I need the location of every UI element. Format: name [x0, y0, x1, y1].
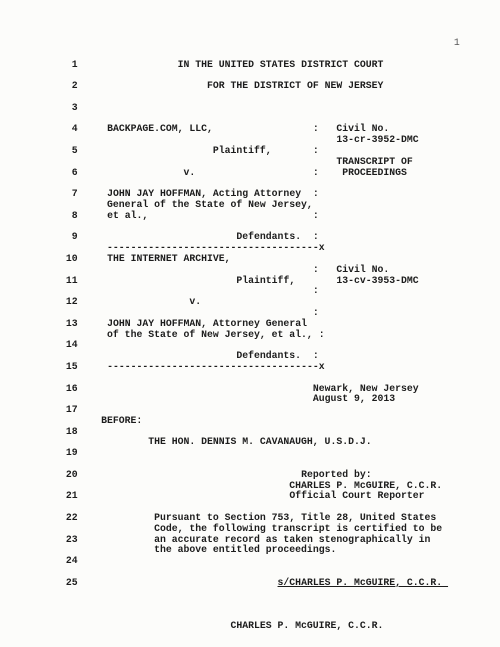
- text-segment: CHARLES P. McGUIRE, C.C.R.: [289, 480, 442, 491]
- line-number: 6: [72, 167, 78, 178]
- text-segment: JOHN JAY HOFFMAN, Attorney General: [107, 318, 307, 329]
- text-segment: FOR THE DISTRICT OF NEW JERSEY: [207, 80, 383, 91]
- line-number: 5: [72, 145, 78, 156]
- text-segment: General of the State of New Jersey,: [107, 199, 313, 210]
- line-number: 10: [66, 253, 78, 264]
- text-segment: CHARLES P. McGUIRE, C.C.R.: [231, 620, 384, 631]
- text-segment: Newark, New Jersey: [313, 383, 419, 394]
- transcript-line: [60, 599, 460, 610]
- text-segment: v.: [183, 167, 195, 178]
- line-number: 15: [66, 361, 78, 372]
- text-segment: Reported by:: [301, 469, 372, 480]
- text-segment: :: [313, 350, 319, 361]
- line-number: 8: [72, 210, 78, 221]
- line-number: 1: [72, 59, 78, 70]
- transcript-line: 19: [60, 448, 460, 459]
- line-number: 7: [72, 188, 78, 199]
- text-segment: :: [313, 145, 319, 156]
- text-segment: 13-cv-3953-DMC: [336, 275, 418, 286]
- text-segment: of the State of New Jersey, et al., :: [107, 329, 325, 340]
- line-number: 9: [72, 231, 78, 242]
- text-segment: Plaintiff,: [236, 275, 295, 286]
- text-segment: TRANSCRIPT OF: [336, 156, 412, 167]
- court-title-line: 1 IN THE UNITED STATES DISTRICT COURT: [60, 60, 460, 71]
- text-segment: BACKPAGE.COM, LLC,: [107, 123, 213, 134]
- line-number: 17: [66, 404, 78, 415]
- line-number: 21: [66, 490, 78, 501]
- text-segment: :: [313, 264, 319, 275]
- text-segment: :: [313, 123, 319, 134]
- signature-text: s/CHARLES P. McGUIRE, C.C.R.: [278, 577, 449, 588]
- text-segment: 1: [454, 37, 460, 48]
- transcript-line: the above entitled proceedings.: [60, 545, 460, 556]
- text-segment: ------------------------------------x: [107, 242, 325, 253]
- line-number: 4: [72, 123, 78, 134]
- line-number: 22: [66, 512, 78, 523]
- text-segment: :: [313, 231, 319, 242]
- text-segment: an accurate record as taken stenographic…: [154, 534, 430, 545]
- text-segment: IN THE UNITED STATES DISTRICT COURT: [178, 59, 384, 70]
- text-segment: Official Court Reporter: [289, 490, 424, 501]
- text-segment: :: [313, 210, 319, 221]
- court-district-line: 2 FOR THE DISTRICT OF NEW JERSEY: [60, 81, 460, 92]
- text-segment: 13-cr-3952-DMC: [336, 134, 418, 145]
- text-segment: :: [313, 307, 319, 318]
- transcript-line: 8 et al., :: [60, 211, 460, 222]
- text-segment: Defendants.: [236, 231, 301, 242]
- text-segment: :: [313, 285, 319, 296]
- line-number: 14: [66, 339, 78, 350]
- line-number: 12: [66, 296, 78, 307]
- judge-line: THE HON. DENNIS M. CAVANAUGH, U.S.D.J.: [60, 437, 460, 448]
- line-number: 13: [66, 318, 78, 329]
- before-label-line: BEFORE:: [60, 416, 460, 427]
- line-number: 2: [72, 80, 78, 91]
- case-divider: 15 ------------------------------------x: [60, 362, 460, 373]
- line-number: 20: [66, 469, 78, 480]
- text-segment: BEFORE:: [101, 415, 142, 426]
- text-segment: Civil No.: [336, 123, 389, 134]
- reporter-title-line: 21 Official Court Reporter: [60, 491, 460, 502]
- text-segment: THE HON. DENNIS M. CAVANAUGH, U.S.D.J.: [148, 436, 371, 447]
- transcript-line: 3: [60, 103, 460, 114]
- line-number: 3: [72, 102, 78, 113]
- line-number: 24: [66, 555, 78, 566]
- line-number: 18: [66, 426, 78, 437]
- text-segment: ------------------------------------x: [107, 361, 325, 372]
- text-segment: v.: [189, 296, 201, 307]
- text-segment: JOHN JAY HOFFMAN, Acting Attorney: [107, 188, 301, 199]
- page-number: 1: [60, 38, 460, 49]
- reporter-footer: CHARLES P. McGUIRE, C.C.R.: [60, 621, 460, 632]
- text-segment: PROCEEDINGS: [342, 167, 407, 178]
- text-segment: Pursuant to Section 753, Title 28, Unite…: [154, 512, 436, 523]
- text-segment: Code, the following transcript is certif…: [154, 523, 442, 534]
- transcript-line: [60, 92, 460, 103]
- text-segment: August 9, 2013: [313, 393, 395, 404]
- transcript-line: 24: [60, 556, 460, 567]
- text-segment: Plaintiff,: [213, 145, 272, 156]
- date-line: August 9, 2013: [60, 394, 460, 405]
- text-segment: Defendants.: [236, 350, 301, 361]
- transcript-page: 1 1 IN THE UNITED STATES DISTRICT COURT …: [0, 0, 500, 647]
- text-segment: THE INTERNET ARCHIVE,: [107, 253, 230, 264]
- transcript-line: of the State of New Jersey, et al., :: [60, 330, 460, 341]
- transcript-line: 6 v. : PROCEEDINGS: [60, 168, 460, 179]
- text-segment: et al.,: [107, 210, 148, 221]
- text-segment: Civil No.: [336, 264, 389, 275]
- text-segment: :: [313, 188, 319, 199]
- line-number: 25: [66, 577, 78, 588]
- text-segment: the above entitled proceedings.: [154, 544, 336, 555]
- transcript-lines: 1 1 IN THE UNITED STATES DISTRICT COURT …: [60, 38, 460, 632]
- line-number: 11: [66, 275, 78, 286]
- text-segment: :: [313, 167, 319, 178]
- line-number: 16: [66, 383, 78, 394]
- signature-line: 25 s/CHARLES P. McGUIRE, C.C.R.: [60, 578, 460, 589]
- line-number: 23: [66, 534, 78, 545]
- line-number: 19: [66, 447, 78, 458]
- transcript-line: [60, 589, 460, 600]
